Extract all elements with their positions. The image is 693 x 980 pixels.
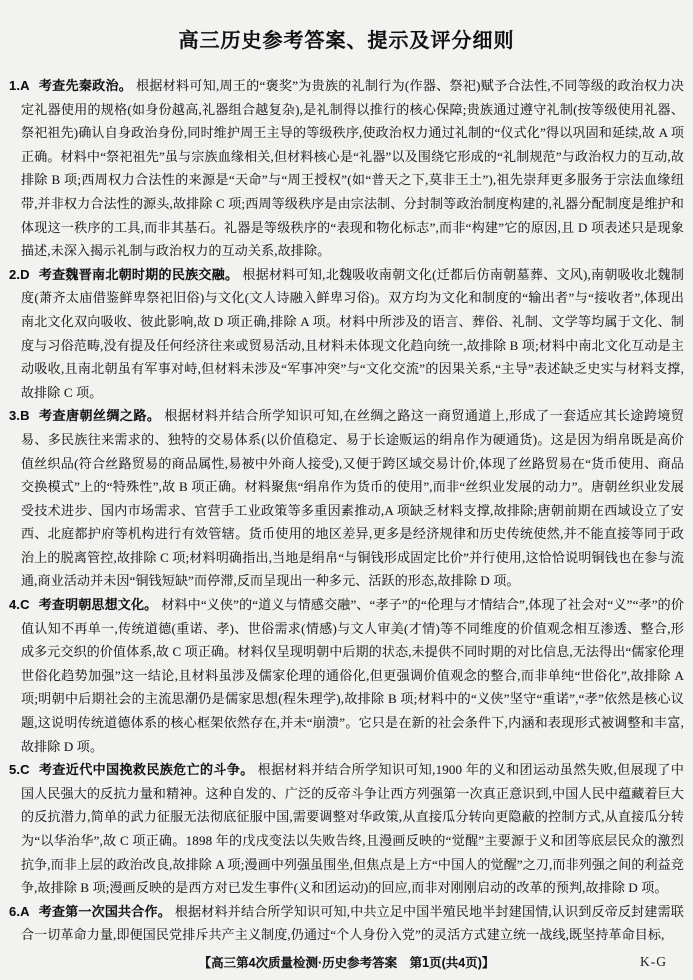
answer-item-2: 2.D考查魏晋南北朝时期的民族交融。根据材料可知,北魏吸收南朝文化(迁都后仿南朝…: [9, 263, 684, 405]
item-2-number-answer: 2.D: [9, 267, 30, 282]
item-4-topic: 考查明朝思想文化。: [39, 597, 158, 612]
item-6-topic: 考查第一次国共合作。: [39, 904, 171, 919]
item-3-topic: 考查唐朝丝绸之路。: [39, 408, 161, 423]
page-footer-caption: 【高三第4次质量检测·历史参考答案 第1页(共4页)】: [0, 953, 693, 971]
answer-sheet-page: 高三历史参考答案、提示及评分细则 1.A考查先秦政治。根据材料可知,周王的“褒奖…: [0, 0, 693, 947]
item-2-topic: 考查魏晋南北朝时期的民族交融。: [39, 267, 239, 282]
page-title: 高三历史参考答案、提示及评分细则: [9, 24, 684, 53]
item-4-number-answer: 4.C: [9, 597, 30, 612]
item-4-explanation: 材料中“义侠”的“道义与情感交融”、“孝子”的“伦理与才情结合”,体现了社会对“…: [21, 597, 684, 754]
item-3-number-answer: 3.B: [9, 408, 30, 423]
answers-section: 1.A考查先秦政治。根据材料可知,周王的“褒奖”为贵族的礼制行为(作器、祭祀)赋…: [9, 74, 684, 947]
item-1-number-answer: 1.A: [9, 78, 30, 93]
answer-item-5: 5.C考查近代中国挽救民族危亡的斗争。根据材料并结合所学知识可知,1900 年的…: [9, 758, 684, 900]
item-5-topic: 考查近代中国挽救民族危亡的斗争。: [39, 762, 254, 777]
answer-item-4: 4.C考查明朝思想文化。材料中“义侠”的“道义与情感交融”、“孝子”的“伦理与才…: [9, 593, 684, 758]
item-5-number-answer: 5.C: [9, 762, 30, 777]
item-2-explanation: 根据材料可知,北魏吸收南朝文化(迁都后仿南朝墓葬、文风),南朝吸收北魏制度(萧齐…: [21, 267, 684, 400]
item-6-number-answer: 6.A: [9, 904, 30, 919]
item-3-explanation: 根据材料并结合所学知识可知,在丝绸之路这一商贸通道上,形成了一套适应其长途跨境贸…: [21, 408, 684, 588]
answer-item-1: 1.A考查先秦政治。根据材料可知,周王的“褒奖”为贵族的礼制行为(作器、祭祀)赋…: [9, 74, 684, 263]
item-1-explanation: 根据材料可知,周王的“褒奖”为贵族的礼制行为(作器、祭祀)赋予合法性,不同等级的…: [21, 78, 684, 258]
item-5-explanation: 根据材料并结合所学知识可知,1900 年的义和团运动虽然失败,但展现了中国人民强…: [21, 762, 684, 895]
answer-item-3: 3.B考查唐朝丝绸之路。根据材料并结合所学知识可知,在丝绸之路这一商贸通道上,形…: [9, 404, 684, 593]
item-1-topic: 考查先秦政治。: [39, 78, 132, 93]
page-footer-code: K-G: [640, 954, 667, 970]
answer-item-6: 6.A考查第一次国共合作。根据材料并结合所学知识可知,中共立足中国半殖民地半封建…: [9, 900, 684, 947]
